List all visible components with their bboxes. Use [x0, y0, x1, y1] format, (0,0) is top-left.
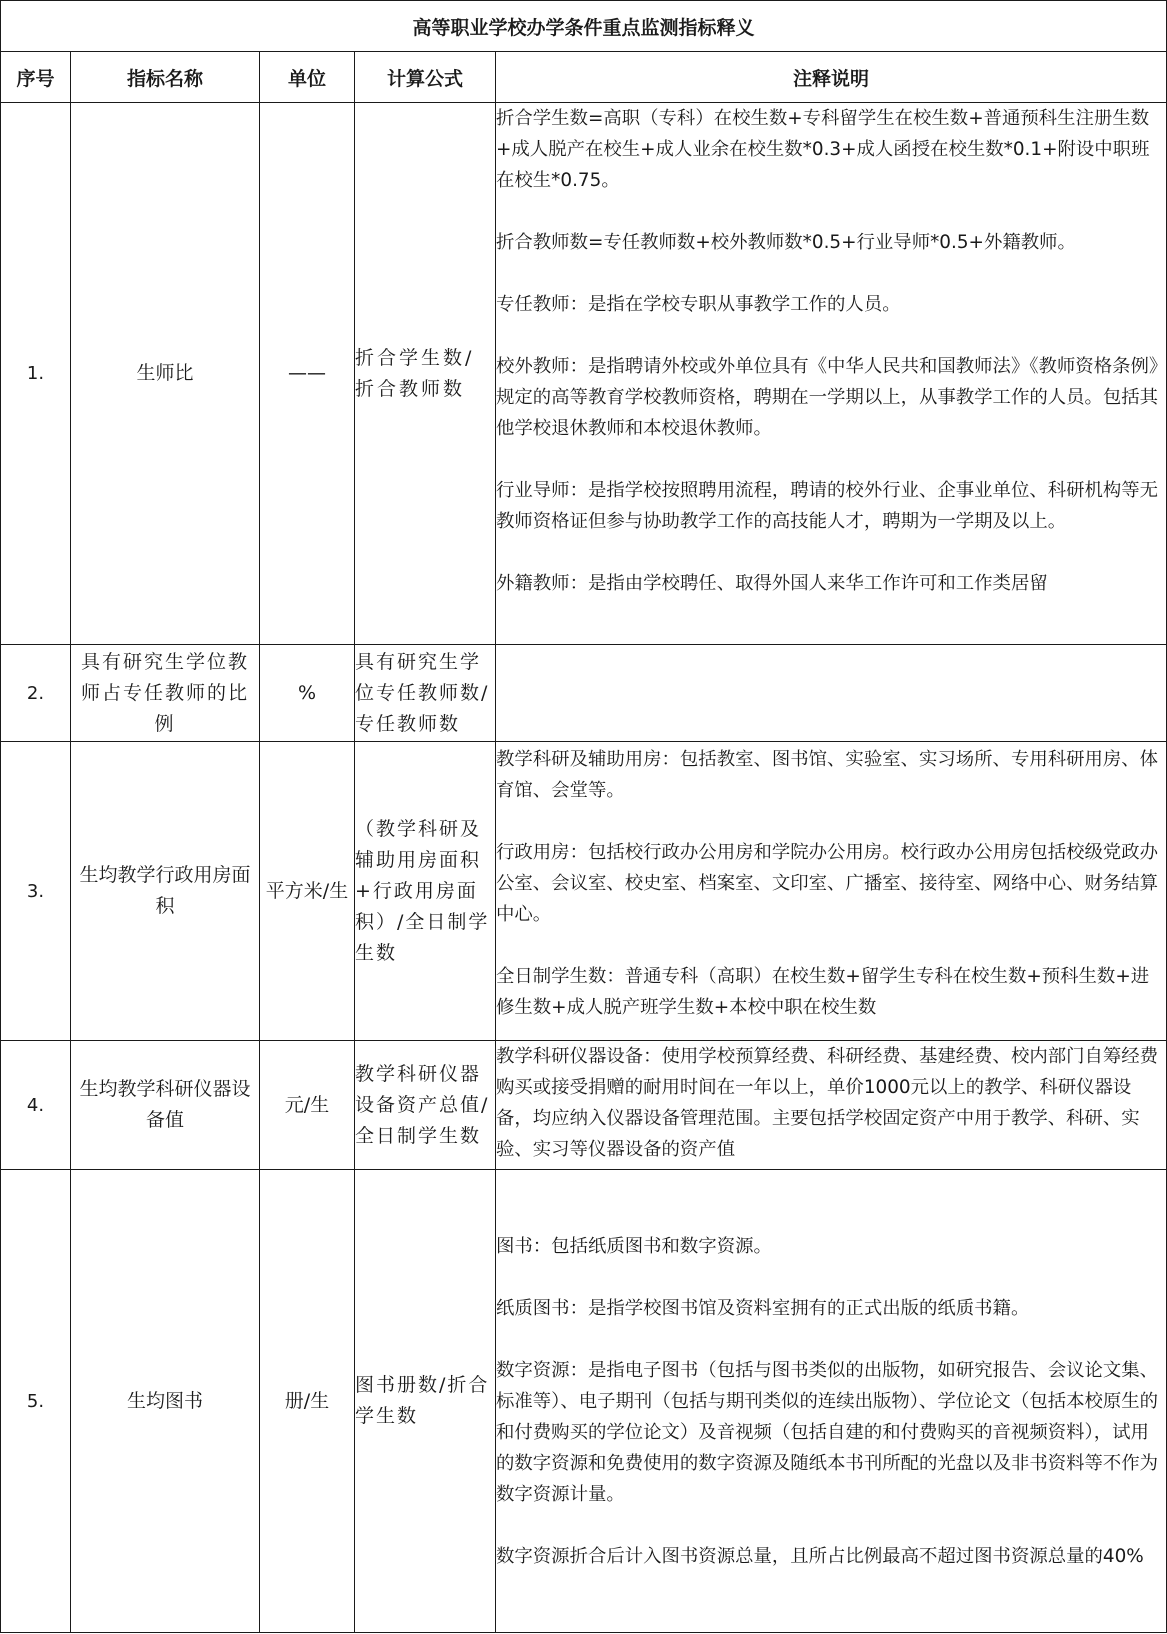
- note-paragraph: 行政用房：包括校行政办公用房和学院办公用房。校行政办公用房包括校级党政办公室、会…: [496, 837, 1166, 930]
- row-indicator-name: 生师比: [71, 103, 260, 645]
- note-paragraph: 数字资源：是指电子图书（包括与图书类似的出版物，如研究报告、会议论文集、标准等）…: [496, 1355, 1166, 1510]
- row-indicator-name: 具有研究生学位教师占专任教师的比例: [71, 645, 260, 742]
- note-paragraph: 纸质图书：是指学校图书馆及资料室拥有的正式出版的纸质书籍。: [496, 1293, 1166, 1324]
- table-title: 高等职业学校办学条件重点监测指标释义: [1, 1, 1167, 52]
- row-note: 教学科研及辅助用房：包括教室、图书馆、实验室、实习场所、专用科研用房、体育馆、会…: [496, 742, 1167, 1041]
- note-paragraph: 教学科研仪器设备：使用学校预算经费、科研经费、基建经费、校内部门自筹经费购买或接…: [496, 1041, 1166, 1165]
- row-note: 图书：包括纸质图书和数字资源。 纸质图书：是指学校图书馆及资料室拥有的正式出版的…: [496, 1170, 1167, 1633]
- row-indicator-name: 生均图书: [71, 1170, 260, 1633]
- row-note-empty: [496, 645, 1167, 742]
- row-note: 教学科研仪器设备：使用学校预算经费、科研经费、基建经费、校内部门自筹经费购买或接…: [496, 1041, 1167, 1170]
- note-paragraph: 折合学生数=高职（专科）在校生数+专科留学生在校生数+普通预科生注册生数+成人脱…: [496, 103, 1166, 196]
- row-index: 5.: [1, 1170, 71, 1633]
- row-index: 3.: [1, 742, 71, 1041]
- note-paragraph: 校外教师：是指聘请外校或外单位具有《中华人民共和国教师法》《教师资格条例》规定的…: [496, 351, 1166, 444]
- row-unit: 平方米/生: [260, 742, 355, 1041]
- row-formula: 具有研究生学位专任教师数/专任教师数: [355, 645, 496, 742]
- table-row: 2. 具有研究生学位教师占专任教师的比例 % 具有研究生学位专任教师数/专任教师…: [1, 645, 1167, 742]
- row-formula: （教学科研及辅助用房面积+行政用房面积）/全日制学生数: [355, 742, 496, 1041]
- note-paragraph: 专任教师：是指在学校专职从事教学工作的人员。: [496, 289, 1166, 320]
- row-note: 折合学生数=高职（专科）在校生数+专科留学生在校生数+普通预科生注册生数+成人脱…: [496, 103, 1167, 645]
- header-formula: 计算公式: [355, 52, 496, 103]
- note-paragraph: 教学科研及辅助用房：包括教室、图书馆、实验室、实习场所、专用科研用房、体育馆、会…: [496, 744, 1166, 806]
- header-note: 注释说明: [496, 52, 1167, 103]
- row-indicator-name: 生均教学行政用房面积: [71, 742, 260, 1041]
- row-unit: 元/生: [260, 1041, 355, 1170]
- note-paragraph: 图书：包括纸质图书和数字资源。: [496, 1231, 1166, 1262]
- table-row: 1. 生师比 —— 折合学生数/折合教师数 折合学生数=高职（专科）在校生数+专…: [1, 103, 1167, 645]
- table-row: 5. 生均图书 册/生 图书册数/折合学生数 图书：包括纸质图书和数字资源。 纸…: [1, 1170, 1167, 1633]
- row-formula: 折合学生数/折合教师数: [355, 103, 496, 645]
- row-formula: 教学科研仪器设备资产总值/全日制学生数: [355, 1041, 496, 1170]
- header-name: 指标名称: [71, 52, 260, 103]
- row-index: 4.: [1, 1041, 71, 1170]
- header-unit: 单位: [260, 52, 355, 103]
- row-unit: 册/生: [260, 1170, 355, 1633]
- note-paragraph: 行业导师：是指学校按照聘用流程，聘请的校外行业、企事业单位、科研机构等无教师资格…: [496, 475, 1166, 537]
- header-row: 序号 指标名称 单位 计算公式 注释说明: [1, 52, 1167, 103]
- header-index: 序号: [1, 52, 71, 103]
- title-row: 高等职业学校办学条件重点监测指标释义: [1, 1, 1167, 52]
- note-paragraph: 外籍教师：是指由学校聘任、取得外国人来华工作许可和工作类居留: [496, 568, 1166, 599]
- table-row: 3. 生均教学行政用房面积 平方米/生 （教学科研及辅助用房面积+行政用房面积）…: [1, 742, 1167, 1041]
- table-row: 4. 生均教学科研仪器设备值 元/生 教学科研仪器设备资产总值/全日制学生数 教…: [1, 1041, 1167, 1170]
- note-paragraph: 数字资源折合后计入图书资源总量，且所占比例最高不超过图书资源总量的40%: [496, 1541, 1166, 1572]
- row-indicator-name: 生均教学科研仪器设备值: [71, 1041, 260, 1170]
- row-index: 2.: [1, 645, 71, 742]
- note-paragraph: 折合教师数=专任教师数+校外教师数*0.5+行业导师*0.5+外籍教师。: [496, 227, 1166, 258]
- row-formula: 图书册数/折合学生数: [355, 1170, 496, 1633]
- row-unit: %: [260, 645, 355, 742]
- note-paragraph: 全日制学生数：普通专科（高职）在校生数+留学生专科在校生数+预科生数+进修生数+…: [496, 961, 1166, 1023]
- indicator-table: 高等职业学校办学条件重点监测指标释义 序号 指标名称 单位 计算公式 注释说明 …: [0, 0, 1167, 1633]
- row-unit: ——: [260, 103, 355, 645]
- row-index: 1.: [1, 103, 71, 645]
